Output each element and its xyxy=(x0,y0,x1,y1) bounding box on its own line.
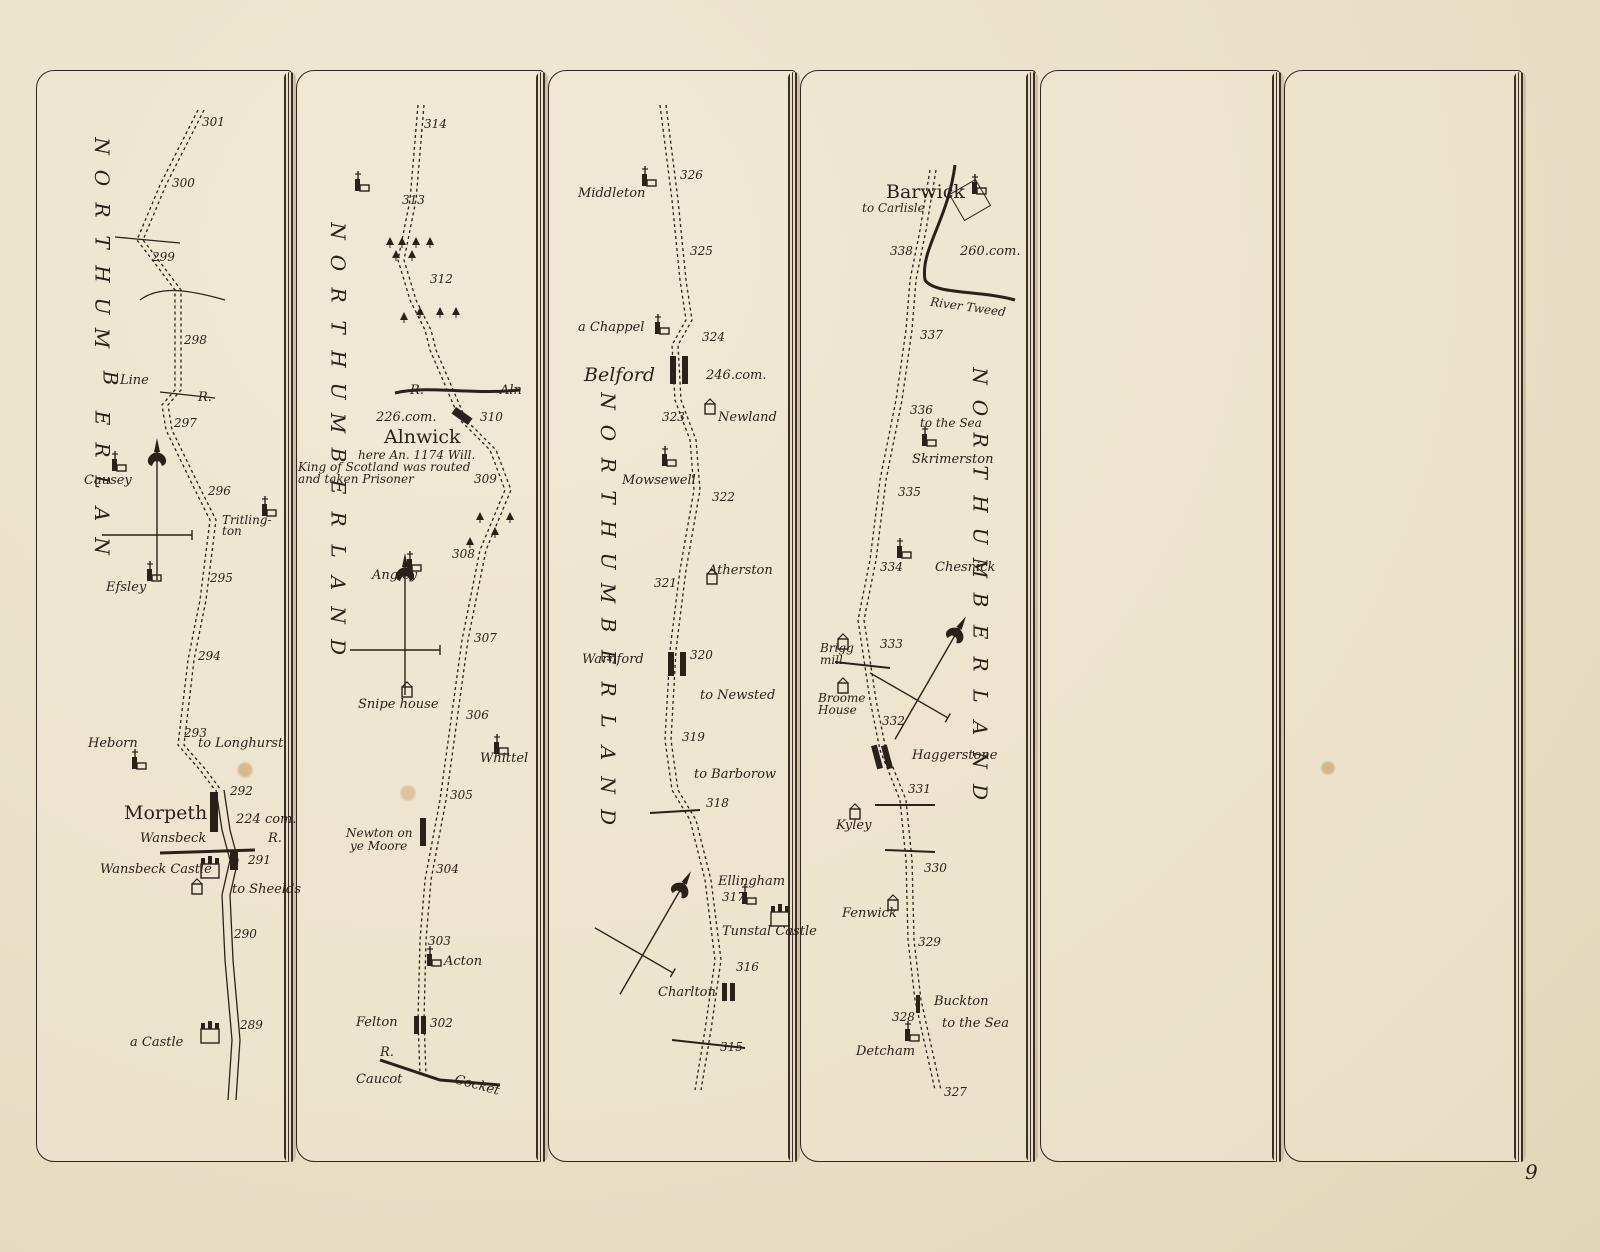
milepost: 335 xyxy=(898,485,921,499)
county-letter: L xyxy=(322,544,354,557)
county-letter: D xyxy=(964,784,996,800)
place-label: a Castle xyxy=(130,1035,183,1050)
county-letter: B xyxy=(964,593,996,608)
place-label: R. xyxy=(410,383,424,398)
place-label: Whittel xyxy=(480,751,528,766)
place-label: Chesnick xyxy=(935,560,995,575)
county-letter: T xyxy=(322,320,354,333)
county-letter: U xyxy=(322,383,354,400)
county-letter: A xyxy=(964,721,996,735)
place-label: Heborn xyxy=(88,736,138,751)
milepost: 305 xyxy=(450,788,473,802)
milepost: 307 xyxy=(474,631,497,645)
place-label: R. xyxy=(380,1045,394,1060)
county-letter: N xyxy=(86,537,118,555)
milepost: 334 xyxy=(880,560,903,574)
place-label: Tunstal Castle xyxy=(722,924,817,939)
page-number: 9 xyxy=(1525,1160,1538,1184)
milepost: 310 xyxy=(480,410,503,424)
milepost: 326 xyxy=(680,168,703,182)
place-label: to Sheelds xyxy=(232,882,301,897)
milepost: 318 xyxy=(706,796,729,810)
milepost: 309 xyxy=(474,472,497,486)
place-label: Middleton xyxy=(578,186,645,201)
place-label: Wansbeck xyxy=(140,831,206,846)
county-letter: R xyxy=(964,432,996,447)
place-label: Ellingham xyxy=(718,874,785,889)
county-letter: R xyxy=(592,457,624,472)
milepost: 319 xyxy=(682,730,705,744)
county-letter: R xyxy=(86,442,118,457)
place-label: Causey xyxy=(84,473,132,488)
milepost: 330 xyxy=(924,861,947,875)
milepost: 314 xyxy=(424,117,447,131)
milepost: 320 xyxy=(690,648,713,662)
county-letter: U xyxy=(592,553,624,570)
milepost: 324 xyxy=(702,330,725,344)
place-label: a Chappel xyxy=(578,320,644,335)
county-letter: N xyxy=(592,392,624,410)
house-icon xyxy=(838,634,898,910)
county-letter: R xyxy=(964,656,996,671)
county-letter: L xyxy=(592,714,624,727)
milepost: 316 xyxy=(736,960,759,974)
town-label-barwick: Barwick xyxy=(886,181,965,203)
county-letter: T xyxy=(592,490,624,503)
place-label: Wansbeck Castle xyxy=(100,862,212,877)
place-label: to the Sea xyxy=(942,1016,1009,1031)
milepost: 315 xyxy=(720,1040,743,1054)
place-label: Fenwick xyxy=(842,906,897,921)
place-label: 260.com. xyxy=(960,244,1021,259)
county-letter: T xyxy=(86,235,118,248)
place-label: Haggerstone xyxy=(912,748,997,763)
county-letter: D xyxy=(592,809,624,825)
county-letter: H xyxy=(592,520,624,537)
county-letter: O xyxy=(592,425,624,441)
place-label: Snipe house xyxy=(358,697,439,712)
county-label-strip-2: N O R T H U M B E R L A N D xyxy=(328,215,348,663)
place-label: Broome House xyxy=(818,692,865,716)
milepost: 331 xyxy=(908,782,931,796)
place-label: Brigg mill xyxy=(820,642,854,666)
county-letter: A xyxy=(86,507,118,521)
town-label-belford: Belford xyxy=(584,364,655,386)
place-label: Tritling- ton xyxy=(222,515,272,537)
place-label: to Carlisle xyxy=(862,201,925,215)
county-letter: N xyxy=(322,222,354,240)
county-letter: R xyxy=(322,511,354,526)
place-label: Newland xyxy=(718,410,777,425)
place-label: Buckton xyxy=(934,994,989,1009)
place-label: to the Sea xyxy=(920,416,982,430)
county-label-strip-1: N O R T H U M B E R L A N xyxy=(92,130,112,562)
county-letter: N xyxy=(964,367,996,385)
milepost: 308 xyxy=(452,547,475,561)
place-label: Angley xyxy=(372,568,417,583)
county-letter: A xyxy=(592,746,624,760)
place-label: R. xyxy=(198,390,212,405)
milepost: 295 xyxy=(210,571,233,585)
milepost: 329 xyxy=(918,935,941,949)
milepost: 299 xyxy=(152,250,175,264)
county-letter: U xyxy=(86,298,118,315)
county-letter: L xyxy=(964,689,996,702)
place-label: Mowsewell xyxy=(622,473,696,488)
county-letter: A xyxy=(322,576,354,590)
county-letter: D xyxy=(322,639,354,655)
county-letter: E xyxy=(86,411,118,426)
county-label-strip-3: N O R T H U M B E R L A N D xyxy=(598,385,618,833)
town-label-morpeth: Morpeth xyxy=(124,802,207,824)
town-label-alnwick: Alnwick xyxy=(384,426,461,448)
county-letter: M xyxy=(592,583,624,603)
milepost: 304 xyxy=(436,862,459,876)
county-letter: O xyxy=(86,170,118,186)
county-letter: M xyxy=(322,413,354,433)
place-label: Atherston xyxy=(708,563,773,578)
county-letter: E xyxy=(964,625,996,640)
map-linework xyxy=(0,0,1600,1252)
place-label: Felton xyxy=(356,1015,398,1030)
place-label: Caucot xyxy=(356,1072,402,1087)
place-label: Skrimerston xyxy=(912,452,994,467)
milepost: 322 xyxy=(712,490,735,504)
milepost: 301 xyxy=(202,115,225,129)
milepost: 303 xyxy=(428,934,451,948)
place-label: to Longhurst xyxy=(198,736,283,751)
place-label: Efsley xyxy=(106,580,146,595)
milepost: 325 xyxy=(690,244,713,258)
place-label: 226.com. xyxy=(376,410,437,425)
milepost: 337 xyxy=(920,328,943,342)
milepost: 306 xyxy=(466,708,489,722)
milepost: 298 xyxy=(184,333,207,347)
milepost: 291 xyxy=(248,853,271,867)
county-letter: U xyxy=(964,528,996,545)
milepost: 300 xyxy=(172,176,195,190)
place-label: to Barborow xyxy=(694,767,776,782)
place-label: Kyley xyxy=(836,818,871,833)
county-letter: O xyxy=(964,400,996,416)
county-letter: M xyxy=(86,328,118,348)
milepost: 294 xyxy=(198,649,221,663)
county-letter: R xyxy=(86,202,118,217)
place-label: Detcham xyxy=(856,1044,915,1059)
milepost: 321 xyxy=(654,576,677,590)
place-label: Charlton xyxy=(658,985,716,1000)
county-letter: N xyxy=(86,137,118,155)
place-label: 246.com. xyxy=(706,368,767,383)
place-label: R. xyxy=(268,831,282,846)
place-label: 224 com. xyxy=(236,812,297,827)
place-label: Warnford xyxy=(582,652,644,667)
milepost: 290 xyxy=(234,927,257,941)
milepost: 327 xyxy=(944,1085,967,1099)
county-letter: H xyxy=(964,495,996,512)
county-letter: R xyxy=(592,681,624,696)
milepost: 332 xyxy=(882,714,905,728)
historical-note: and taken Prisoner xyxy=(298,472,414,486)
place-label: ye Moore xyxy=(350,839,407,853)
place-label: Acton xyxy=(444,954,482,969)
place-label: Line xyxy=(120,373,149,388)
county-letter: T xyxy=(964,465,996,478)
milepost: 292 xyxy=(230,784,253,798)
milepost: 313 xyxy=(402,193,425,207)
milepost: 336 xyxy=(910,403,933,417)
milepost: 328 xyxy=(892,1010,915,1024)
county-letter: N xyxy=(322,606,354,624)
milepost: 289 xyxy=(240,1018,263,1032)
county-letter: B xyxy=(592,618,624,633)
church-icon xyxy=(112,451,276,769)
county-letter: O xyxy=(322,255,354,271)
milepost: 296 xyxy=(208,484,231,498)
county-letter: R xyxy=(322,287,354,302)
place-label: to Newsted xyxy=(700,688,775,703)
milepost: 302 xyxy=(430,1016,453,1030)
place-label: Aln xyxy=(500,383,522,398)
milepost: 317 xyxy=(722,890,745,904)
milepost: 297 xyxy=(174,416,197,430)
county-letter: N xyxy=(592,776,624,794)
milepost: 312 xyxy=(430,272,453,286)
county-letter: H xyxy=(86,265,118,282)
county-letter: H xyxy=(322,350,354,367)
milepost: 338 xyxy=(890,244,913,258)
milepost: 333 xyxy=(880,637,903,651)
place-label: Newton on xyxy=(346,826,412,840)
milepost: 323 xyxy=(662,410,685,424)
